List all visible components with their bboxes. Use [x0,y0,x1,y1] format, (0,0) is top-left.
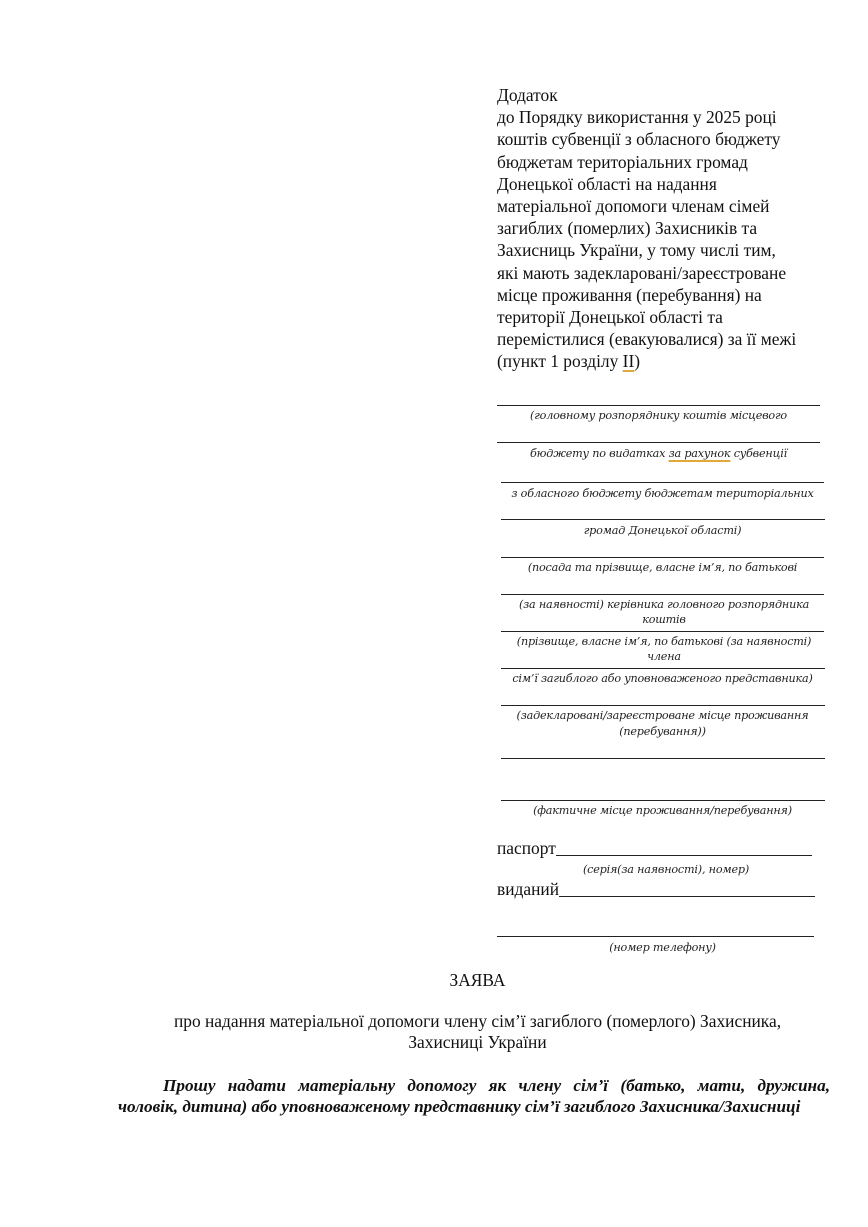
appendix-line: перемістилися (евакуювалися) за її межі [497,328,837,350]
subtitle-line: про надання матеріальної допомоги члену … [150,1011,805,1032]
applicant-name-field-2[interactable] [501,668,825,669]
appendix-line: території Донецької області та [497,306,837,328]
appendix-header: Додаток до Порядку використання у 2025 р… [497,84,837,373]
appendix-line: Додаток [497,84,837,106]
addressee-field-2[interactable] [497,442,820,443]
statement-title: ЗАЯВА [0,970,868,991]
subtitle-line: Захисниці України [150,1032,805,1053]
caption-text: бюджету по видатках [530,447,669,460]
field-caption: громад Донецької області) [501,523,824,538]
appendix-line: які мають задекларовані/зареєстроване [497,262,837,284]
caption-text: субвенції [730,447,787,460]
actual-address-field[interactable] [501,800,825,801]
phone-caption: (номер телефону) [580,940,745,955]
appendix-line: матеріальної допомоги членам сімей [497,195,837,217]
statement-body: Прошу надати матеріальну допомогу як чле… [118,1075,830,1117]
addressee-field-3[interactable] [501,482,824,483]
appendix-text: ) [634,351,640,371]
spellcheck-underline: II [623,351,635,371]
spellcheck-underline: за рахунок [669,447,731,460]
appendix-line: до Порядку використання у 2025 році [497,106,837,128]
document-page: Додаток до Порядку використання у 2025 р… [0,0,868,1227]
field-caption: (посада та прізвище, власне ім’я, по бат… [501,560,824,575]
appendix-line: коштів субвенції з обласного бюджету [497,128,837,150]
field-caption: з обласного бюджету бюджетам територіаль… [501,486,824,501]
registered-address-field-2[interactable] [501,758,825,759]
head-name-field-2[interactable] [501,594,824,595]
appendix-line: Захисниць України, у тому числі тим, [497,239,837,261]
appendix-text: (пункт 1 розділу [497,351,623,371]
field-caption: бюджету по видатках за рахунок субвенції [497,446,820,461]
appendix-line: місце проживання (перебування) на [497,284,837,306]
field-caption: сім’ї загиблого або уповноваженого предс… [501,671,824,686]
phone-field[interactable] [497,936,814,937]
statement-subtitle: про надання матеріальної допомоги члену … [150,1011,805,1053]
field-caption: (за наявності) керівника головного розпо… [499,597,829,627]
registered-address-field[interactable] [501,705,825,706]
applicant-name-field-1[interactable] [501,631,824,632]
passport-label: паспорт [497,838,556,858]
field-caption: (задекларовані/зареєстроване місце прожи… [501,708,824,723]
field-caption: (головному розпоряднику коштів місцевого [497,408,820,423]
field-caption: (перебування)) [501,724,824,739]
appendix-line: Донецької області на надання [497,173,837,195]
issued-field[interactable] [559,896,815,897]
passport-caption: (серія(за наявності), номер) [556,862,776,877]
addressee-field-1[interactable] [497,405,820,406]
field-caption: (фактичне місце проживання/перебування) [501,803,824,818]
body-line: чоловік, дитина) або уповноваженому пред… [118,1096,830,1117]
field-caption: (прізвище, власне ім’я, по батькові (за … [499,634,829,664]
head-name-field-1[interactable] [501,557,824,558]
addressee-field-4[interactable] [501,519,825,520]
appendix-line: загиблих (померлих) Захисників та [497,217,837,239]
passport-field[interactable] [556,855,812,856]
issued-label: виданий [497,879,559,899]
appendix-line: бюджетам територіальних громад [497,151,837,173]
appendix-last-line: (пункт 1 розділу II) [497,350,837,372]
body-line: Прошу надати матеріальну допомогу як чле… [118,1075,830,1096]
